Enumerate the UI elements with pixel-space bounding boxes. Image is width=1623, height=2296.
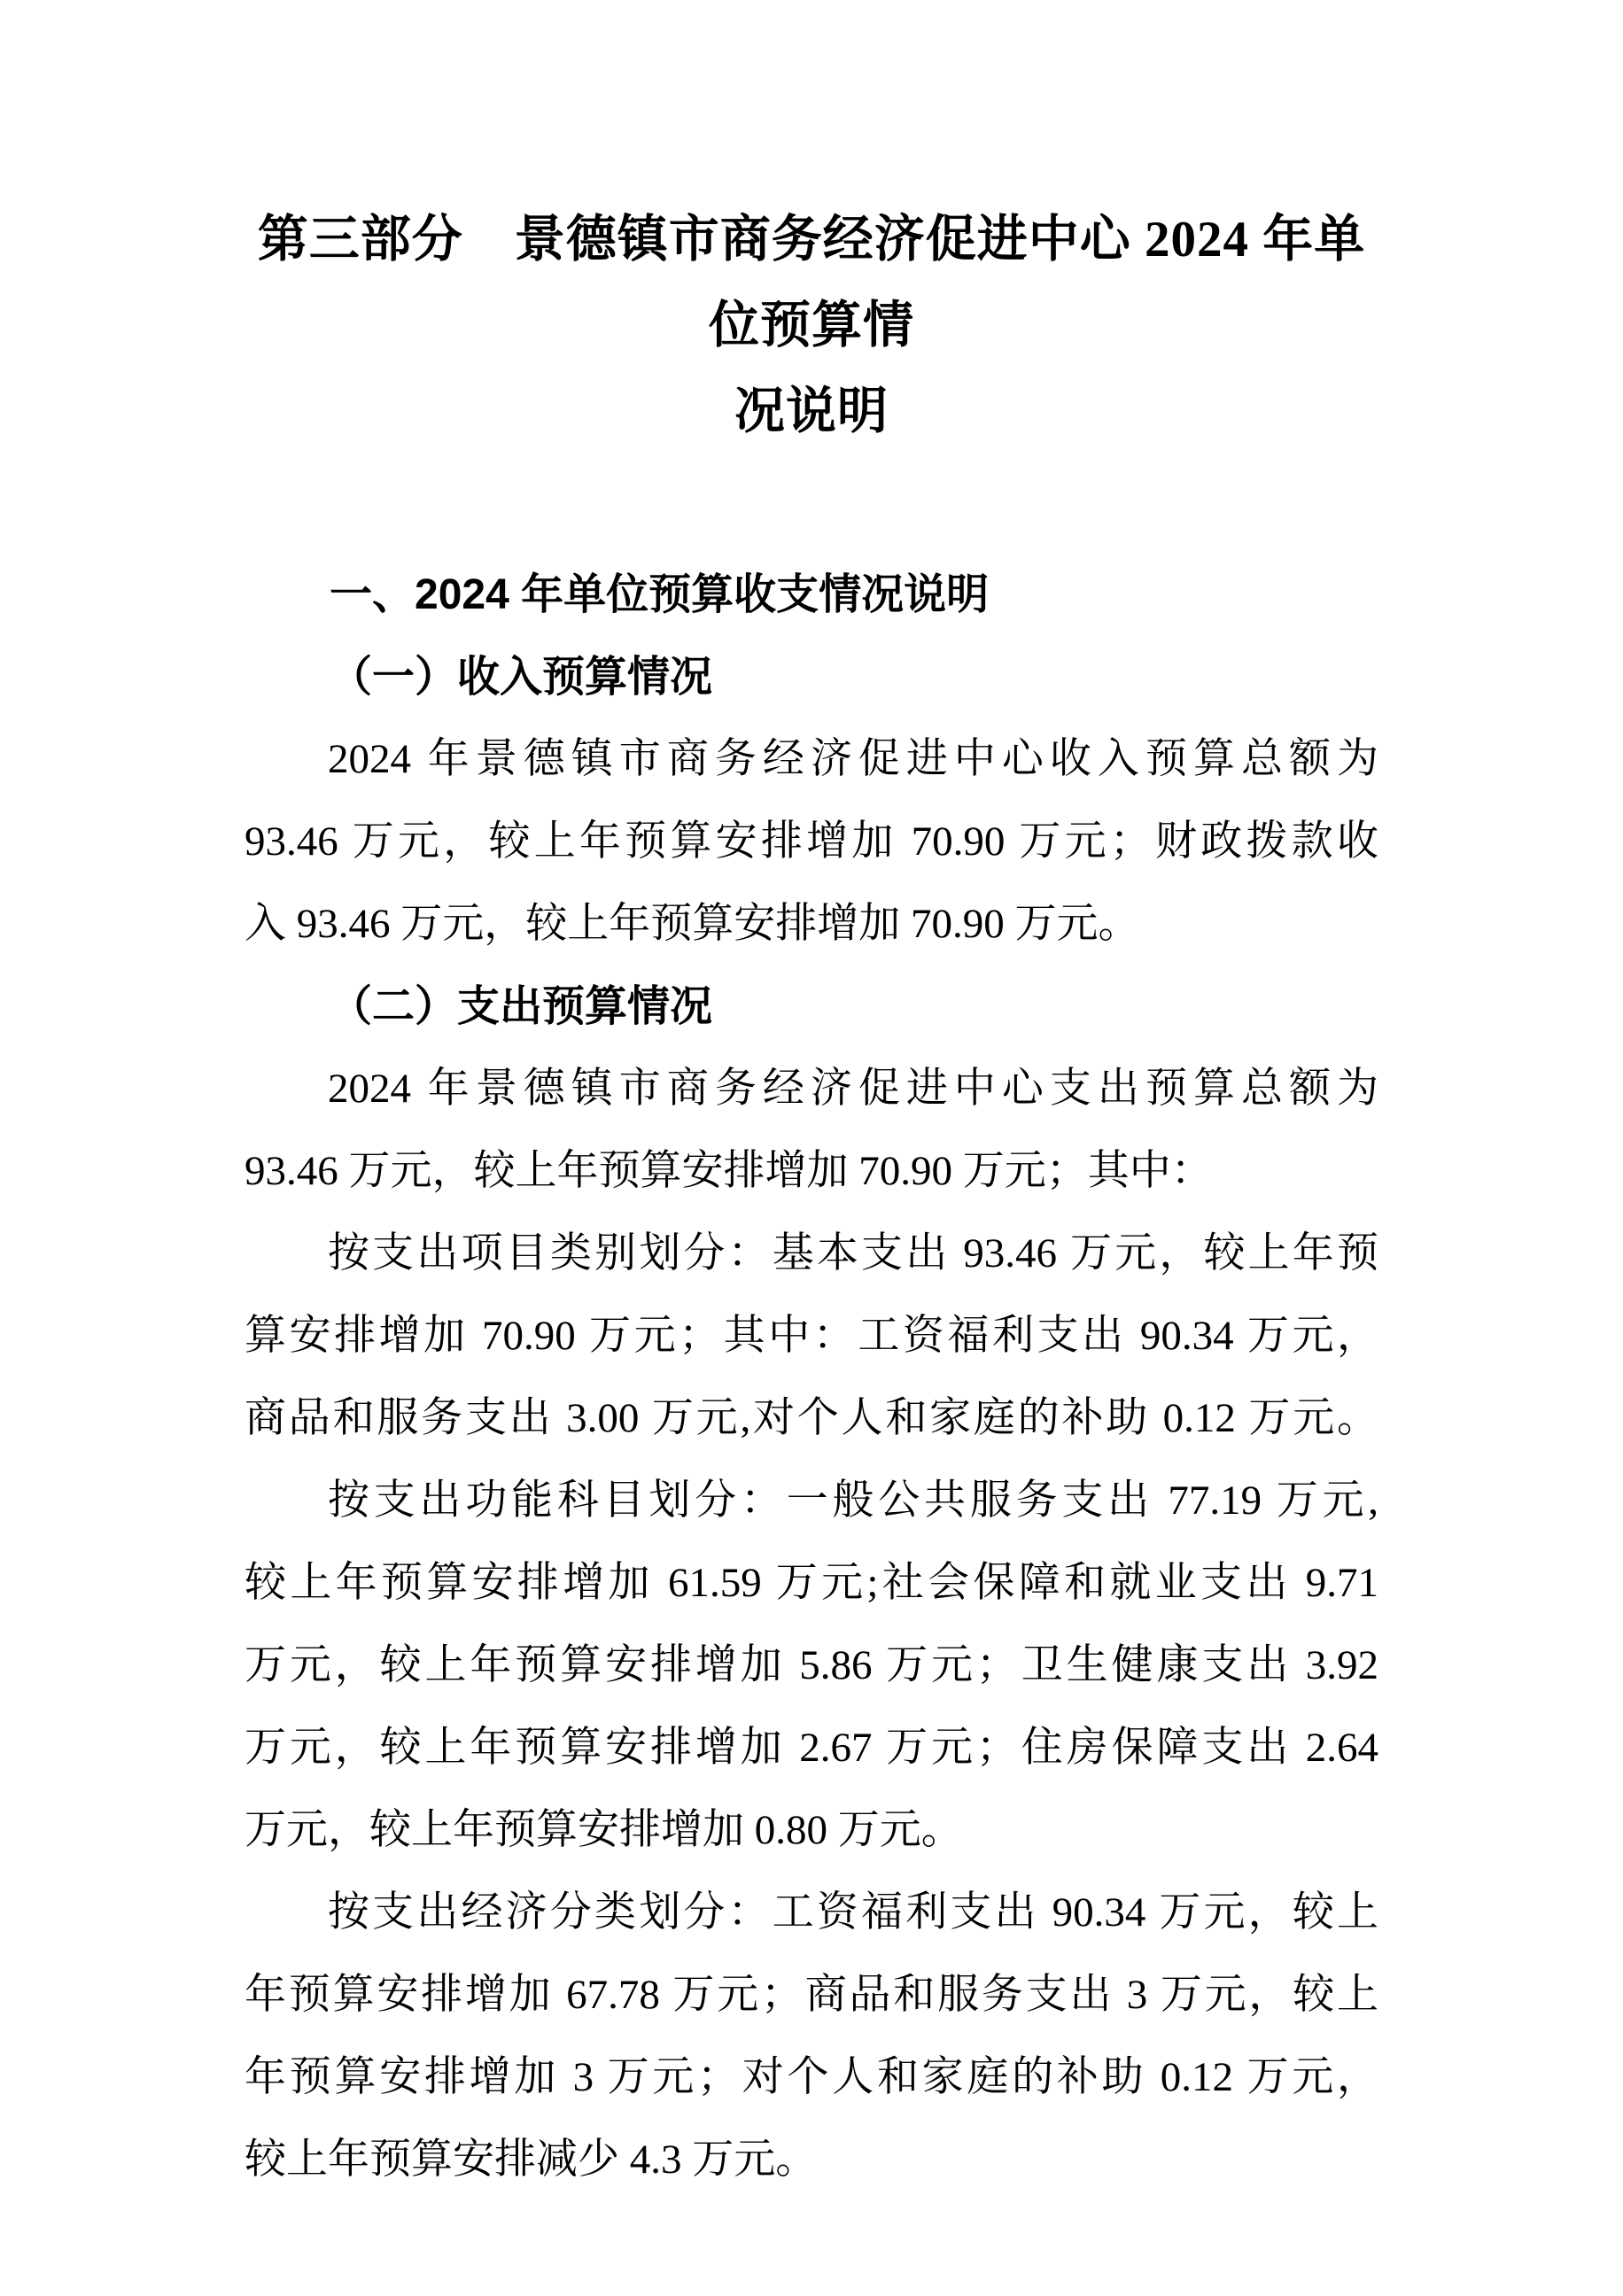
paragraph: 按支出经济分类划分：工资福利支出 90.34 万元，较上年预算安排增加 67.7… xyxy=(245,1872,1378,2201)
text-line: 93.46 万元，较上年预算安排增加 70.90 万元；财政拨款收 xyxy=(245,801,1378,883)
text-line: （一）收入预算情况 xyxy=(245,636,1378,718)
text-line: 较上年预算安排增加 61.59 万元;社会保障和就业支出 9.71 xyxy=(245,1542,1378,1625)
paragraph: 2024 年景德镇市商务经济促进中心支出预算总额为93.46 万元，较上年预算安… xyxy=(245,1048,1378,1213)
text-line: （二）支出预算情况 xyxy=(245,966,1378,1048)
text-line: 商品和服务支出 3.00 万元,对个人和家庭的补助 0.12 万元。 xyxy=(245,1377,1378,1460)
text-line: 算安排增加 70.90 万元；其中：工资福利支出 90.34 万元， xyxy=(245,1295,1378,1377)
title-line: 第三部分 景德镇市商务经济促进中心 2024 年单位预算情 xyxy=(245,197,1378,368)
heading: （一）收入预算情况 xyxy=(245,636,1378,718)
text-line: 年预算安排增加 3 万元；对个人和家庭的补助 0.12 万元， xyxy=(245,2036,1378,2119)
text-line: 按支出项目类别划分：基本支出 93.46 万元，较上年预 xyxy=(245,1213,1378,1295)
paragraph: 2024 年景德镇市商务经济促进中心收入预算总额为93.46 万元，较上年预算安… xyxy=(245,718,1378,966)
text-line: 一、2024 年单位预算收支情况说明 xyxy=(245,554,1378,636)
text-line: 按支出功能科目划分：一般公共服务支出 77.19 万元, xyxy=(245,1460,1378,1542)
text-line: 93.46 万元，较上年预算安排增加 70.90 万元；其中： xyxy=(245,1130,1378,1213)
heading: 一、2024 年单位预算收支情况说明 xyxy=(245,554,1378,636)
text-line: 万元，较上年预算安排增加 5.86 万元；卫生健康支出 3.92 xyxy=(245,1625,1378,1707)
text-line: 年预算安排增加 67.78 万元；商品和服务支出 3 万元，较上 xyxy=(245,1954,1378,2036)
text-line: 按支出经济分类划分：工资福利支出 90.34 万元，较上 xyxy=(245,1872,1378,1954)
document-body: 一、2024 年单位预算收支情况说明（一）收入预算情况2024 年景德镇市商务经… xyxy=(245,554,1378,2201)
text-line: 2024 年景德镇市商务经济促进中心收入预算总额为 xyxy=(245,718,1378,801)
title-line: 况说明 xyxy=(245,368,1378,454)
document-page: 第三部分 景德镇市商务经济促进中心 2024 年单位预算情 况说明 一、2024… xyxy=(0,0,1623,2296)
paragraph: 按支出功能科目划分：一般公共服务支出 77.19 万元,较上年预算安排增加 61… xyxy=(245,1460,1378,1872)
text-line: 万元，较上年预算安排增加 2.67 万元；住房保障支出 2.64 xyxy=(245,1707,1378,1789)
document-title: 第三部分 景德镇市商务经济促进中心 2024 年单位预算情 况说明 xyxy=(245,197,1378,454)
text-line: 较上年预算安排减少 4.3 万元。 xyxy=(245,2119,1378,2201)
paragraph: 按支出项目类别划分：基本支出 93.46 万元，较上年预算安排增加 70.90 … xyxy=(245,1213,1378,1460)
text-line: 2024 年景德镇市商务经济促进中心支出预算总额为 xyxy=(245,1048,1378,1130)
heading: （二）支出预算情况 xyxy=(245,966,1378,1048)
text-line: 万元，较上年预算安排增加 0.80 万元。 xyxy=(245,1789,1378,1872)
text-line: 入 93.46 万元，较上年预算安排增加 70.90 万元。 xyxy=(245,883,1378,966)
